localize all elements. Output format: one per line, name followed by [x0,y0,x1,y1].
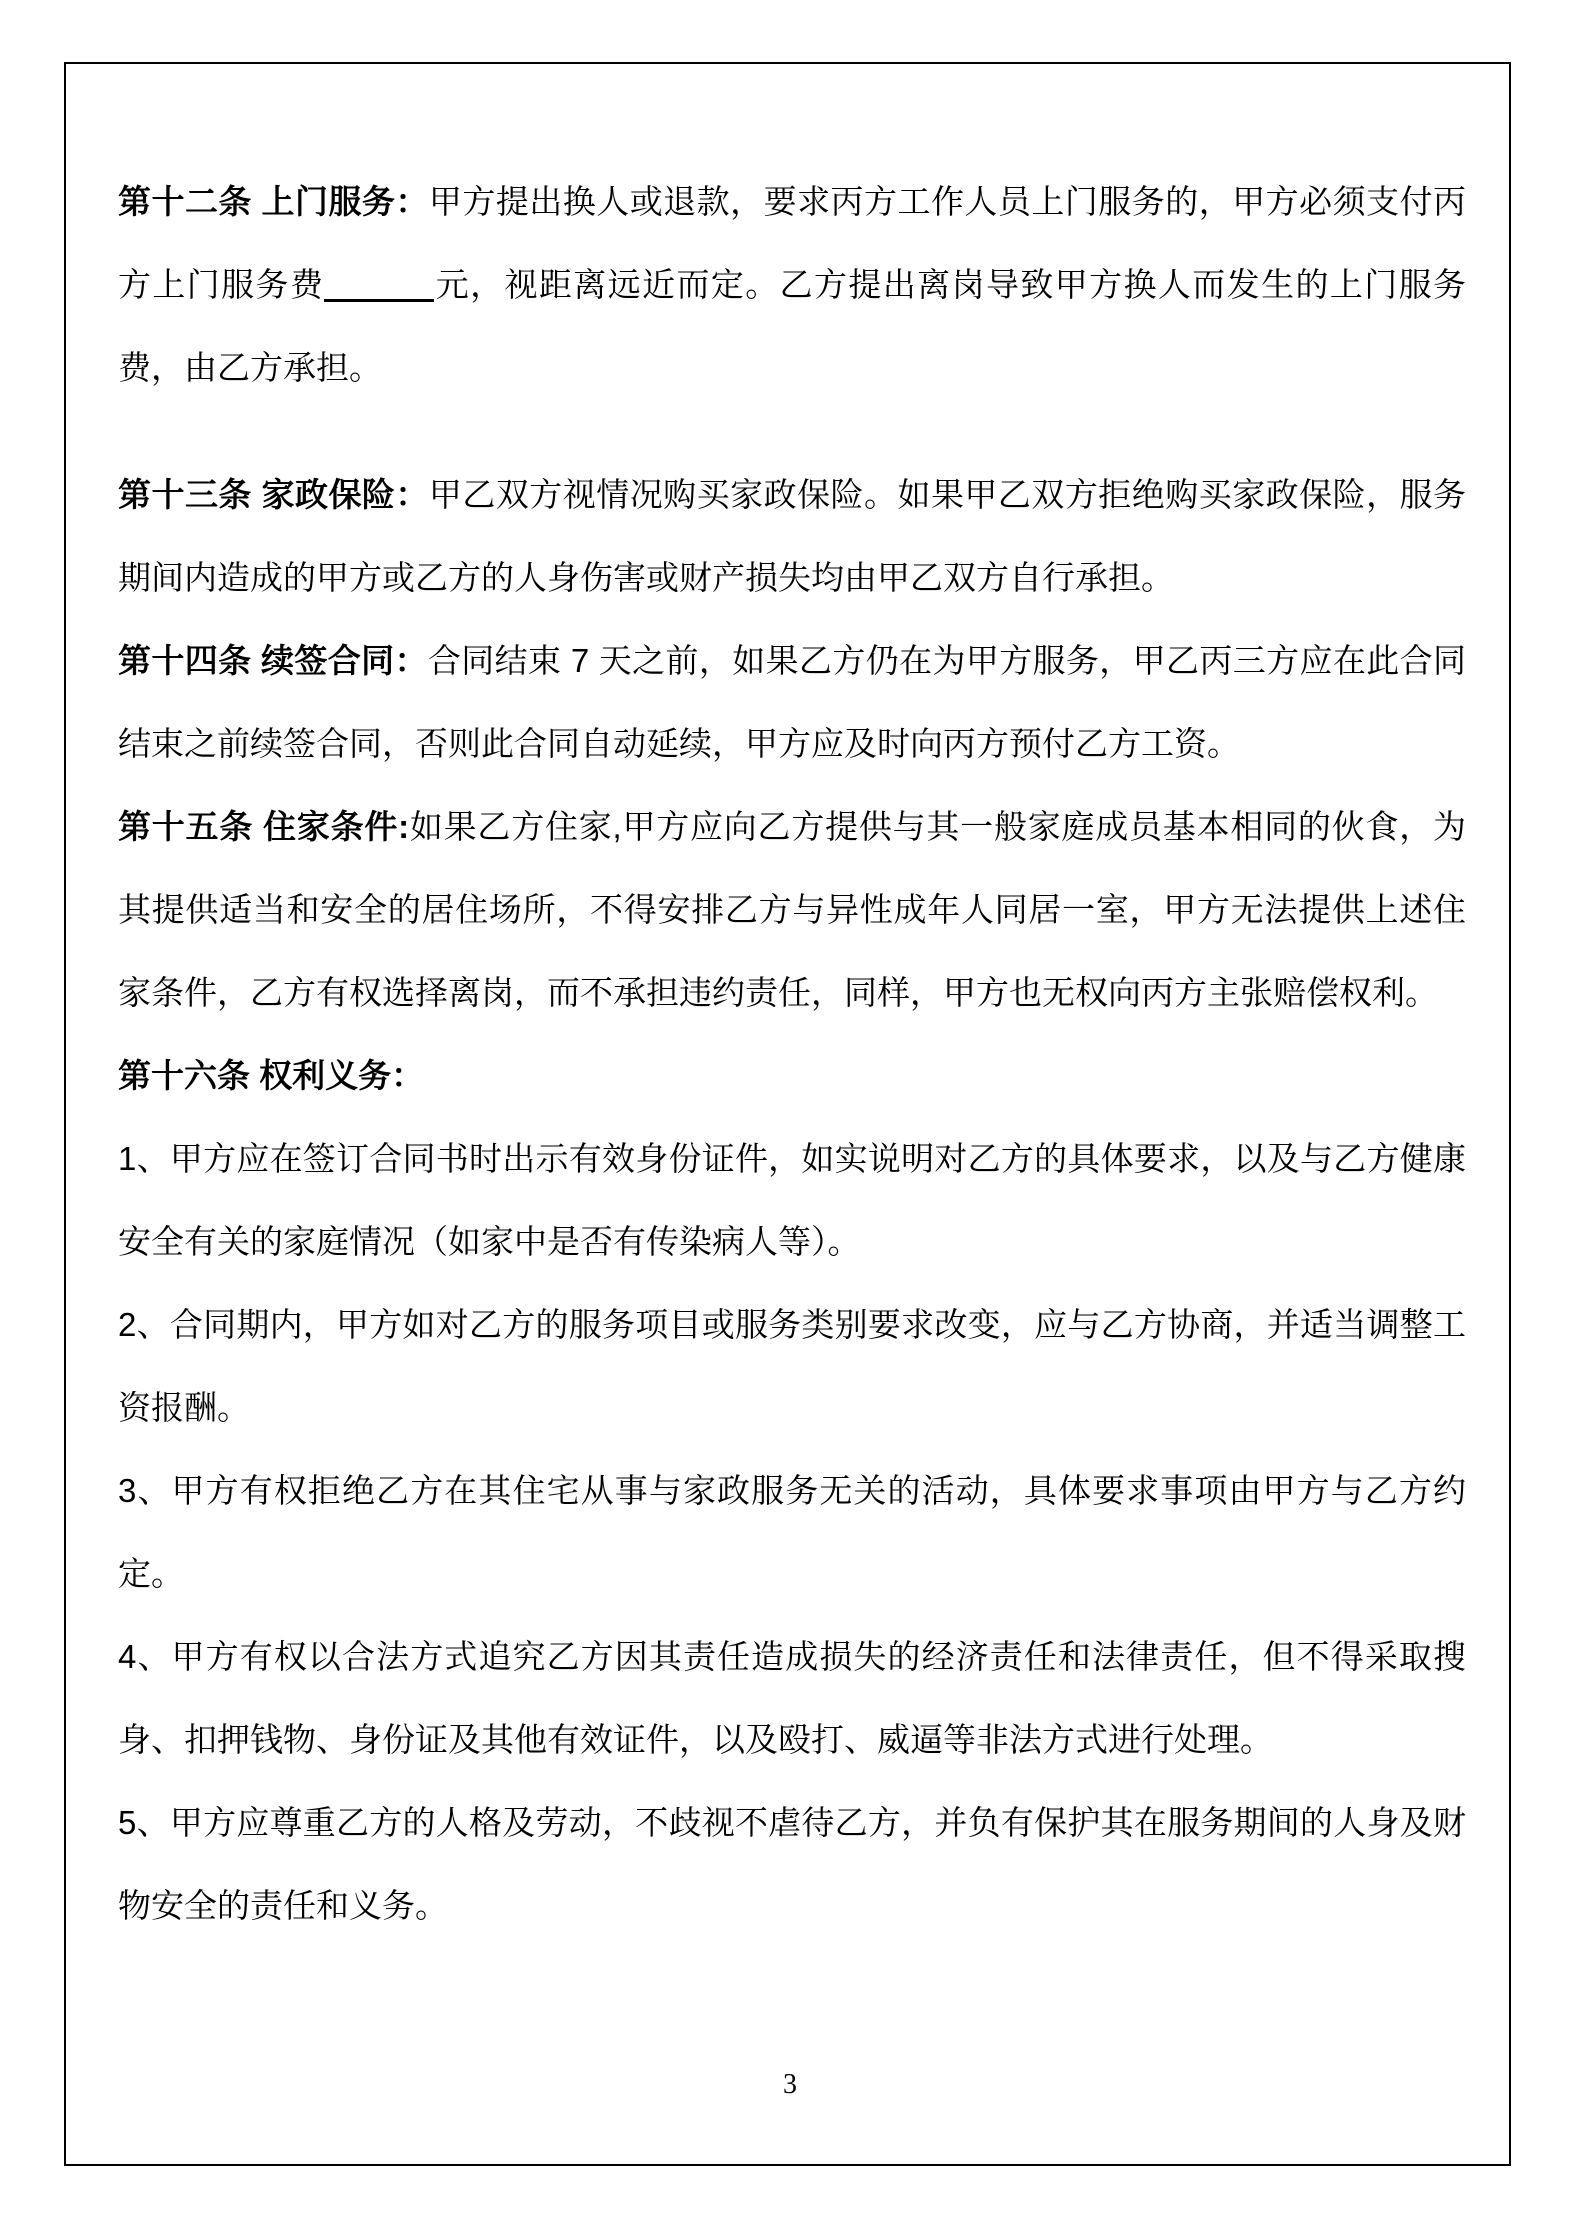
fee-amount-blank-underline [324,259,434,302]
clause-12-heading: 第十二条 上门服务： [118,183,429,220]
item-5-text: 甲方应尊重乙方的人格及劳动，不歧视不虐待乙方，并负有保护其在服务期间的人身及财物… [118,1804,1466,1924]
clause-13-heading: 第十三条 家政保险： [118,476,429,513]
item-3-text: 甲方有权拒绝乙方在其住宅从事与家政服务无关的活动，具体要求事项由甲方与乙方约定。 [118,1472,1466,1592]
item-2-paragraph: 2、合同期内，甲方如对乙方的服务项目或服务类别要求改变，应与乙方协商，并适当调整… [118,1283,1466,1449]
item-4-number: 4、 [118,1638,172,1675]
item-1-text: 甲方应在签订合同书时出示有效身份证件，如实说明对乙方的具体要求，以及与乙方健康安… [118,1140,1466,1260]
clause-15-paragraph: 第十五条 住家条件:如果乙方住家,甲方应向乙方提供与其一般家庭成员基本相同的伙食… [118,785,1466,1034]
clause-12-paragraph: 第十二条 上门服务：甲方提出换人或退款，要求丙方工作人员上门服务的，甲方必须支付… [118,160,1466,409]
item-2-text: 合同期内，甲方如对乙方的服务项目或服务类别要求改变，应与乙方协商，并适当调整工资… [118,1306,1466,1426]
item-1-paragraph: 1、甲方应在签订合同书时出示有效身份证件，如实说明对乙方的具体要求，以及与乙方健… [118,1117,1466,1283]
document-page: 第十二条 上门服务：甲方提出换人或退款，要求丙方工作人员上门服务的，甲方必须支付… [0,0,1580,2236]
clause-14-heading: 第十四条 续签合同： [118,642,428,679]
clause-14-paragraph: 第十四条 续签合同：合同结束 7 天之前，如果乙方仍在为甲方服务，甲乙丙三方应在… [118,619,1466,785]
document-content: 第十二条 上门服务：甲方提出换人或退款，要求丙方工作人员上门服务的，甲方必须支付… [118,160,1466,1947]
item-5-paragraph: 5、甲方应尊重乙方的人格及劳动，不歧视不虐待乙方，并负有保护其在服务期间的人身及… [118,1781,1466,1947]
clause-13-paragraph: 第十三条 家政保险：甲乙双方视情况购买家政保险。如果甲乙双方拒绝购买家政保险，服… [118,453,1466,619]
item-3-paragraph: 3、甲方有权拒绝乙方在其住宅从事与家政服务无关的活动，具体要求事项由甲方与乙方约… [118,1449,1466,1615]
clause-16-paragraph: 第十六条 权利义务： [118,1034,1466,1117]
item-2-number: 2、 [118,1306,170,1343]
page-number: 3 [0,2068,1580,2102]
item-3-number: 3、 [118,1472,172,1509]
clause-16-heading: 第十六条 权利义务： [118,1057,424,1094]
item-5-number: 5、 [118,1804,170,1841]
item-1-number: 1、 [118,1140,170,1177]
item-4-paragraph: 4、甲方有权以合法方式追究乙方因其责任造成损失的经济责任和法律责任，但不得采取搜… [118,1615,1466,1781]
clause-15-heading: 第十五条 住家条件: [118,808,409,845]
item-4-text: 甲方有权以合法方式追究乙方因其责任造成损失的经济责任和法律责任，但不得采取搜身、… [118,1638,1466,1758]
